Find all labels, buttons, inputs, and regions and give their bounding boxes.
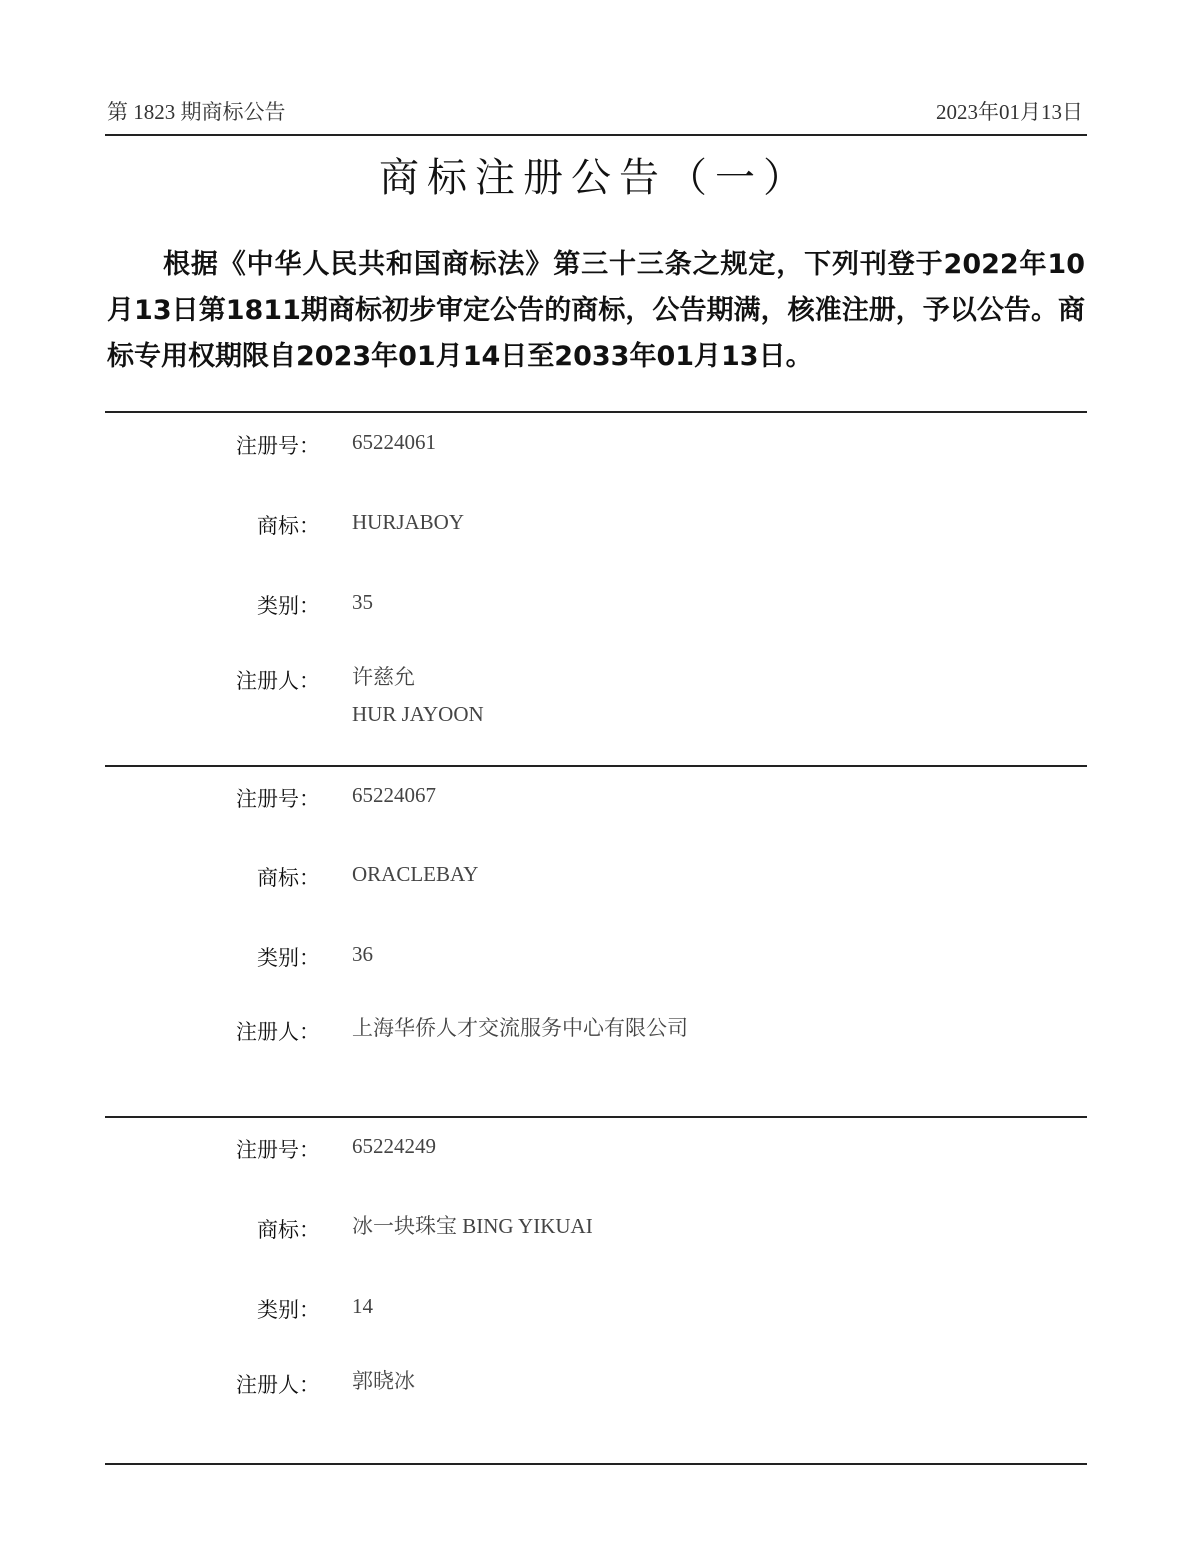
issue-date: 2023年01月13日 xyxy=(936,96,1083,126)
registrant-value: 许慈允 HUR JAYOON xyxy=(352,659,484,733)
entry-divider xyxy=(105,1116,1087,1118)
registrant-value: 郭晓冰 xyxy=(352,1363,415,1400)
class-label: 类别： xyxy=(257,590,320,620)
mark-label: 商标： xyxy=(257,862,320,892)
class-value: 36 xyxy=(352,936,373,973)
registrant-label: 注册人： xyxy=(236,1369,320,1399)
mark-value: ORACLEBAY xyxy=(352,856,478,893)
page-title: 商标注册公告（一） xyxy=(0,146,1190,203)
entry-divider xyxy=(105,765,1087,767)
reg-no-value: 65224249 xyxy=(352,1128,436,1165)
registrant-name-cn: 许慈允 xyxy=(352,659,484,696)
footer-divider xyxy=(105,1463,1087,1465)
mark-value: 冰一块珠宝 BING YIKUAI xyxy=(352,1208,593,1245)
mark-value: HURJABOY xyxy=(352,504,464,541)
mark-label: 商标： xyxy=(257,510,320,540)
registrant-label: 注册人： xyxy=(236,665,320,695)
class-label: 类别： xyxy=(257,942,320,972)
class-value: 35 xyxy=(352,584,373,621)
reg-no-label: 注册号： xyxy=(236,1134,320,1164)
registrant-value: 上海华侨人才交流服务中心有限公司 xyxy=(352,1010,688,1047)
reg-no-value: 65224067 xyxy=(352,777,436,814)
reg-no-value: 65224061 xyxy=(352,424,436,461)
registrant-label: 注册人： xyxy=(236,1016,320,1046)
issue-number: 第 1823 期商标公告 xyxy=(107,96,286,126)
class-value: 14 xyxy=(352,1288,373,1325)
reg-no-label: 注册号： xyxy=(236,430,320,460)
intro-paragraph: 根据《中华人民共和国商标法》第三十三条之规定，下列刊登于2022年10月13日第… xyxy=(107,242,1085,380)
class-label: 类别： xyxy=(257,1294,320,1324)
entry-divider xyxy=(105,411,1087,413)
registrant-name-en: HUR JAYOON xyxy=(352,696,484,733)
mark-label: 商标： xyxy=(257,1214,320,1244)
reg-no-label: 注册号： xyxy=(236,783,320,813)
header-divider xyxy=(105,134,1087,136)
